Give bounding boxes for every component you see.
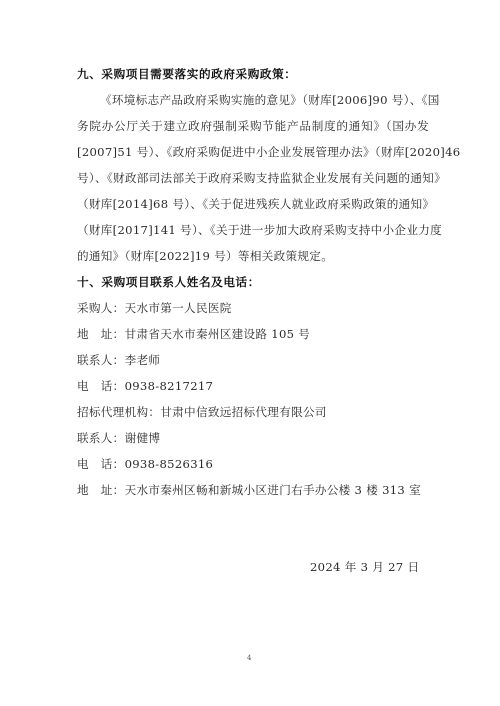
policy-text-line-7: 的通知》（财库[2022]19 号）等相关政策规定。	[77, 248, 429, 264]
purchaser-phone: 电 话：0938-8217217	[77, 378, 429, 394]
policy-text-line-1: 《环境标志产品政府采购实施的意见》（财库[2006]90 号）、《国	[100, 92, 429, 108]
purchaser-contact: 联系人：李老师	[77, 352, 429, 368]
agency-phone: 电 话：0938-8526316	[77, 456, 429, 472]
purchaser-address: 地 址：甘肃省天水市秦州区建设路 105 号	[77, 326, 429, 342]
section-9-heading: 九、采购项目需要落实的政府采购政策：	[77, 66, 429, 82]
agency-address: 地 址：天水市秦州区畅和新城小区进门右手办公楼 3 楼 313 室	[77, 482, 429, 498]
purchaser-name: 采购人：天水市第一人民医院	[77, 300, 429, 316]
agency-contact: 联系人：谢健博	[77, 430, 429, 446]
document-page: 九、采购项目需要落实的政府采购政策： 《环境标志产品政府采购实施的意见》（财库[…	[0, 0, 500, 706]
policy-text-line-3: [2007]51 号）、《政府采购促进中小企业发展管理办法》（财库[2020]4…	[77, 144, 429, 160]
policy-text-line-5: （财库[2014]68 号）、《关于促进残疾人就业政府采购政策的通知》	[77, 196, 429, 212]
policy-text-line-4: 号）、《财政部司法部关于政府采购支持监狱企业发展有关问题的通知》	[77, 170, 429, 186]
document-date: 2024 年 3 月 27 日	[310, 559, 419, 575]
section-10-heading: 十、采购项目联系人姓名及电话：	[77, 274, 429, 290]
policy-text-line-6: （财库[2017]141 号）、《关于进一步加大政府采购支持中小企业力度	[77, 222, 429, 238]
page-number: 4	[247, 654, 251, 662]
policy-text-line-2: 务院办公厅关于建立政府强制采购节能产品制度的通知》（国办发	[77, 118, 429, 134]
agency-name: 招标代理机构：甘肃中信致远招标代理有限公司	[77, 404, 429, 420]
